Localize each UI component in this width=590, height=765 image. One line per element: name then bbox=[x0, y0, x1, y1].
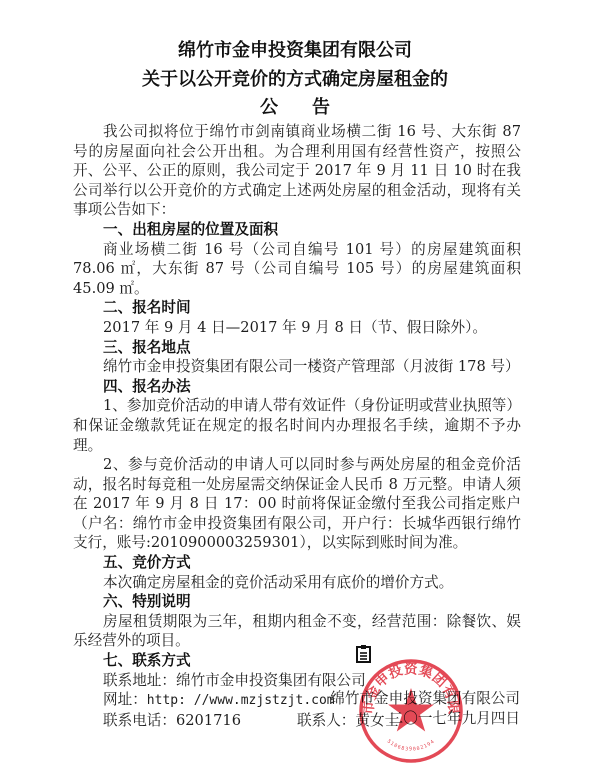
section-heading-4: 四、报名办法 bbox=[73, 377, 521, 397]
contact-address-label: 联系地址： bbox=[103, 672, 176, 689]
announcement-body: 我公司拟将位于绵竹市剑南镇商业场横二街 16 号、大东街 87 号的房屋面向社会… bbox=[73, 122, 521, 730]
contact-phone-label: 联系电话： bbox=[103, 712, 176, 729]
company-seal-icon: 绵竹市金申投资集团有限公司 5106839002194 bbox=[358, 658, 464, 764]
section-2-paragraph: 2017 年 9 月 4 日—2017 年 9 月 8 日（节、假日除外）。 bbox=[73, 318, 521, 338]
title-subject: 关于以公开竞价的方式确定房屋租金的 bbox=[0, 70, 590, 90]
title-notice: 公告 bbox=[0, 98, 590, 118]
section-6-paragraph: 房屋租赁期限为三年，租期内租金不变，经营范围：除餐饮、娱乐经营外的项目。 bbox=[73, 612, 521, 651]
title-notice-char2: 告 bbox=[312, 97, 330, 118]
section-heading-6: 六、特别说明 bbox=[73, 592, 521, 612]
section-heading-5: 五、竞价方式 bbox=[73, 553, 521, 573]
contact-phone: 6201716 bbox=[176, 712, 241, 729]
contact-person-label: 联系人： bbox=[297, 712, 355, 729]
section-3-paragraph: 绵竹市金申投资集团有限公司一楼资产管理部（月波街 178 号） bbox=[73, 357, 521, 377]
section-heading-3: 三、报名地点 bbox=[73, 338, 521, 358]
contact-website-link[interactable]: http: //www.mzjstzjt.com bbox=[147, 693, 335, 708]
section-5-paragraph: 本次确定房屋租金的竞价活动采用有底价的增价方式。 bbox=[73, 573, 521, 593]
note-icon[interactable] bbox=[355, 644, 373, 664]
title-company: 绵竹市金申投资集团有限公司 bbox=[0, 41, 590, 61]
intro-paragraph: 我公司拟将位于绵竹市剑南镇商业场横二街 16 号、大东街 87 号的房屋面向社会… bbox=[73, 122, 521, 220]
title-notice-char1: 公 bbox=[260, 97, 278, 118]
svg-text:5106839002194: 5106839002194 bbox=[386, 738, 436, 752]
section-4-paragraph-1: 1、参加竞价活动的申请人带有效证件（身份证明或营业执照等）和保证金缴款凭证在规定… bbox=[73, 396, 521, 455]
section-heading-1: 一、出租房屋的位置及面积 bbox=[73, 220, 521, 240]
announcement-page: 绵竹市金申投资集团有限公司 关于以公开竞价的方式确定房屋租金的 公告 我公司拟将… bbox=[0, 0, 590, 765]
contact-address: 绵竹市金申投资集团有限公司 bbox=[176, 672, 366, 689]
section-heading-2: 二、报名时间 bbox=[73, 298, 521, 318]
section-1-paragraph: 商业场横二街 16 号（公司自编号 101 号）的房屋建筑面积 78.06 ㎡，… bbox=[73, 240, 521, 299]
contact-website-label: 网址： bbox=[103, 691, 147, 708]
seal-number: 5106839002194 bbox=[386, 738, 436, 752]
section-4-paragraph-2: 2、参与竞价活动的申请人可以同时参与两处房屋的租金竞价活动，报名时每竞租一处房屋… bbox=[73, 455, 521, 553]
